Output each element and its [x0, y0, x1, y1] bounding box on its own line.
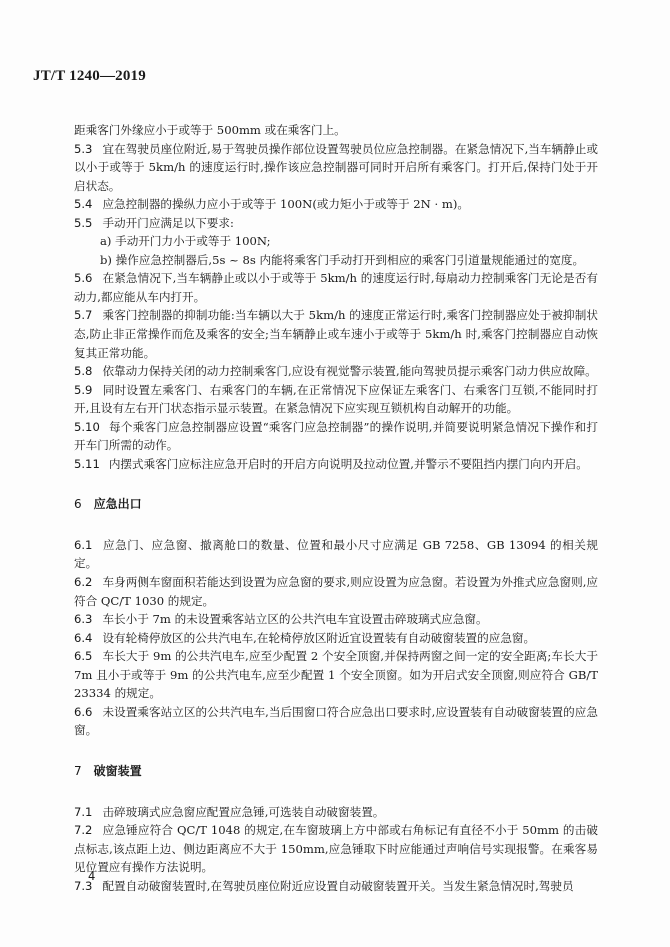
page-number: 4 [88, 869, 95, 883]
clause-text: 乘客门控制器的抑制功能:当车辆以大于 5km/h 的速度正常运行时,乘客门控制器… [74, 308, 598, 359]
clause-6-5: 6.5车长大于 9m 的公共汽电车,应至少配置 2 个安全顶窗,并保持两窗之间一… [74, 647, 598, 703]
clause-text: 车长小于 7m 的未设置乘客站立区的公共汽电车宜设置击碎玻璃式应急窗。 [102, 612, 487, 626]
clause-number: 6.5 [74, 647, 92, 666]
clause-text: 应急锤应符合 QC/T 1048 的规定,在车窗玻璃上方中部或右角标记有直径不小… [74, 823, 598, 874]
section-5-continuation: 距乘客门外缘应小于或等于 500mm 或在乘客门上。 5.3宜在驾驶员座位附近,… [74, 121, 598, 473]
clause-text: 未设置乘客站立区的公共汽电车,当后围窗口符合应急出口要求时,应设置装有自动破窗装… [74, 705, 598, 738]
clause-6-4: 6.4设有轮椅停放区的公共汽电车,在轮椅停放区附近宜设置装有自动破窗装置的应急窗… [74, 629, 598, 648]
clause-6-6: 6.6未设置乘客站立区的公共汽电车,当后围窗口符合应急出口要求时,应设置装有自动… [74, 703, 598, 740]
paragraph-5-2-cont: 距乘客门外缘应小于或等于 500mm 或在乘客门上。 [74, 121, 598, 140]
clause-6-1: 6.1应急门、应急窗、撤离舱口的数量、位置和最小尺寸应满足 GB 7258、GB… [74, 536, 598, 573]
section-7-title: 7破窗装置 [74, 762, 598, 781]
section-6-title: 6应急出口 [74, 495, 598, 514]
clause-text: 同时设置左乘客门、右乘客门的车辆,在正常情况下应保证左乘客门、右乘客门互锁,不能… [74, 383, 598, 416]
clause-text: 每个乘客门应急控制器应设置“乘客门应急控制器”的操作说明,并简要说明紧急情况下操… [74, 420, 598, 453]
clause-text: 配置自动破窗装置时,在驾驶员座位附近应设置自动破窗装置开关。当发生紧急情况时,驾… [102, 879, 573, 893]
clause-text: 宜在驾驶员座位附近,易于驾驶员操作部位设置驾驶员位应急控制器。在紧急情况下,当车… [74, 142, 598, 193]
standard-code-header: JT/T 1240—2019 [33, 68, 146, 85]
clause-5-3: 5.3宜在驾驶员座位附近,易于驾驶员操作部位设置驾驶员位应急控制器。在紧急情况下… [74, 140, 598, 196]
clause-text: 车长大于 9m 的公共汽电车,应至少配置 2 个安全顶窗,并保持两窗之间一定的安… [74, 649, 598, 700]
clause-number: 5.10 [74, 418, 100, 437]
clause-number: 6.1 [74, 536, 92, 555]
clause-5-4: 5.4应急控制器的操纵力应小于或等于 100N(或力矩小于或等于 2N · m)… [74, 195, 598, 214]
clause-number: 5.8 [74, 362, 92, 381]
section-heading: 应急出口 [94, 497, 142, 511]
clause-text: 击碎玻璃式应急窗应配置应急锤,可选装自动破窗装置。 [102, 805, 384, 819]
section-number: 7 [74, 762, 82, 781]
clause-7-2: 7.2应急锤应符合 QC/T 1048 的规定,在车窗玻璃上方中部或右角标记有直… [74, 821, 598, 877]
clause-number: 5.9 [74, 381, 92, 400]
body-text: 距乘客门外缘应小于或等于 500mm 或在乘客门上。 5.3宜在驾驶员座位附近,… [74, 121, 598, 895]
spacer [74, 514, 598, 536]
clause-text: 应急控制器的操纵力应小于或等于 100N(或力矩小于或等于 2N · m)。 [102, 197, 469, 211]
clause-text: 应急门、应急窗、撤离舱口的数量、位置和最小尺寸应满足 GB 7258、GB 13… [74, 538, 598, 571]
clause-number: 5.5 [74, 214, 92, 233]
clause-text: 车身两侧车窗面积若能达到设置为应急窗的要求,则应设置为应急窗。若设置为外推式应急… [74, 575, 598, 608]
clause-text: 手动开门应满足以下要求: [102, 216, 233, 230]
clause-number: 7.2 [74, 821, 92, 840]
list-item-b: b) 操作应急控制器后,5s ~ 8s 内能将乘客门手动打开到相应的乘客门引道量… [74, 251, 598, 270]
clause-number: 6.6 [74, 703, 92, 722]
clause-5-6: 5.6在紧急情况下,当车辆静止或以小于或等于 5km/h 的速度运行时,每扇动力… [74, 269, 598, 306]
clause-number: 6.3 [74, 610, 92, 629]
spacer [74, 740, 598, 762]
section-6: 6应急出口 6.1应急门、应急窗、撤离舱口的数量、位置和最小尺寸应满足 GB 7… [74, 495, 598, 740]
document-page: JT/T 1240—2019 距乘客门外缘应小于或等于 500mm 或在乘客门上… [0, 0, 670, 947]
list-item-a: a) 手动开门力小于或等于 100N; [74, 232, 598, 251]
clause-number: 6.4 [74, 629, 92, 648]
section-number: 6 [74, 495, 82, 514]
clause-7-1: 7.1击碎玻璃式应急窗应配置应急锤,可选装自动破窗装置。 [74, 803, 598, 822]
clause-6-3: 6.3车长小于 7m 的未设置乘客站立区的公共汽电车宜设置击碎玻璃式应急窗。 [74, 610, 598, 629]
clause-5-5: 5.5手动开门应满足以下要求: [74, 214, 598, 233]
clause-5-9: 5.9同时设置左乘客门、右乘客门的车辆,在正常情况下应保证左乘客门、右乘客门互锁… [74, 381, 598, 418]
clause-number: 5.11 [74, 455, 100, 474]
clause-text: 依靠动力保持关闭的动力控制乘客门,应设有视觉警示装置,能向驾驶员提示乘客门动力供… [102, 364, 596, 378]
clause-5-8: 5.8依靠动力保持关闭的动力控制乘客门,应设有视觉警示装置,能向驾驶员提示乘客门… [74, 362, 598, 381]
clause-number: 5.3 [74, 140, 92, 159]
clause-text: 在紧急情况下,当车辆静止或以小于或等于 5km/h 的速度运行时,每扇动力控制乘… [74, 271, 598, 304]
clause-text: 设有轮椅停放区的公共汽电车,在轮椅停放区附近宜设置装有自动破窗装置的应急窗。 [102, 631, 535, 645]
clause-number: 5.6 [74, 269, 92, 288]
section-7: 7破窗装置 7.1击碎玻璃式应急窗应配置应急锤,可选装自动破窗装置。 7.2应急… [74, 762, 598, 895]
clause-text: 内摆式乘客门应标注应急开启时的开启方向说明及拉动位置,并警示不要阻挡内摆门向内开… [109, 457, 588, 471]
clause-number: 5.7 [74, 306, 92, 325]
spacer [74, 473, 598, 495]
clause-number: 6.2 [74, 573, 92, 592]
clause-number: 5.4 [74, 195, 92, 214]
clause-6-2: 6.2车身两侧车窗面积若能达到设置为应急窗的要求,则应设置为应急窗。若设置为外推… [74, 573, 598, 610]
clause-5-10: 5.10每个乘客门应急控制器应设置“乘客门应急控制器”的操作说明,并简要说明紧急… [74, 418, 598, 455]
clause-5-7: 5.7乘客门控制器的抑制功能:当车辆以大于 5km/h 的速度正常运行时,乘客门… [74, 306, 598, 362]
spacer [74, 781, 598, 803]
clause-5-11: 5.11内摆式乘客门应标注应急开启时的开启方向说明及拉动位置,并警示不要阻挡内摆… [74, 455, 598, 474]
section-heading: 破窗装置 [94, 764, 142, 778]
clause-7-3: 7.3配置自动破窗装置时,在驾驶员座位附近应设置自动破窗装置开关。当发生紧急情况… [74, 877, 598, 896]
clause-number: 7.1 [74, 803, 92, 822]
